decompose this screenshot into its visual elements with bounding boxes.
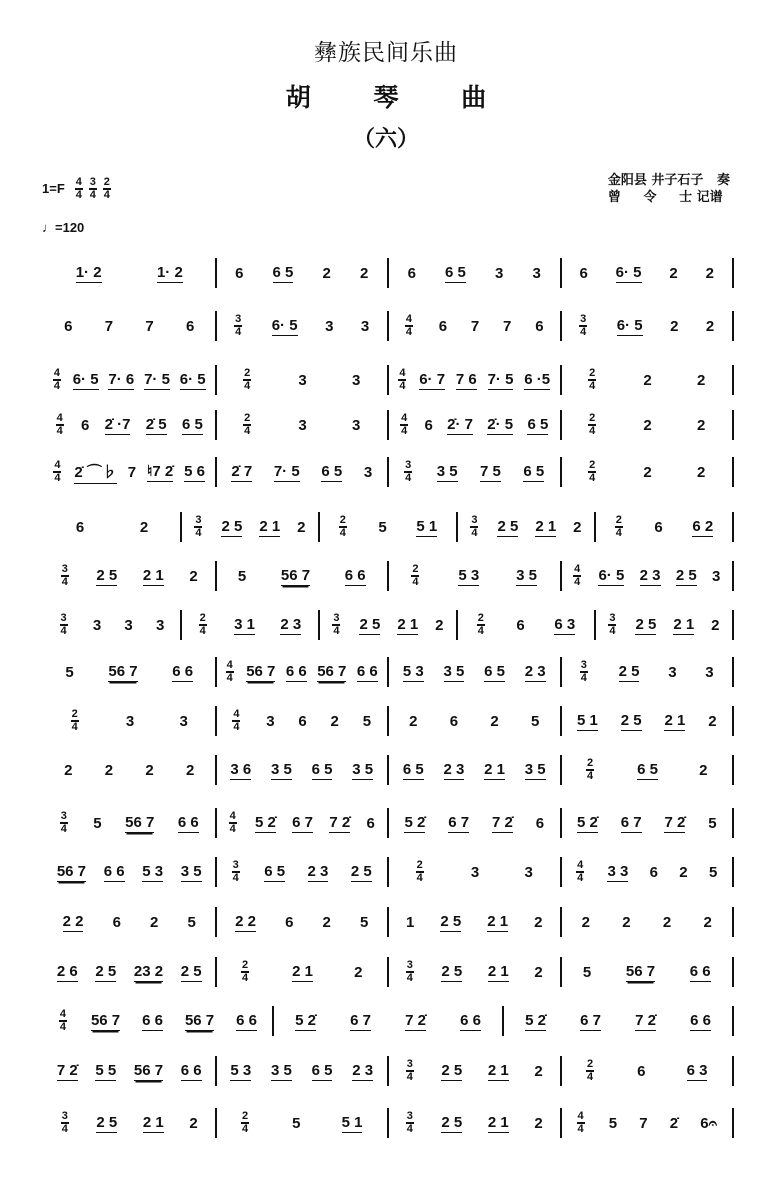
measure: 556 76 6 (217, 561, 388, 591)
note-group: 6 ·5 (524, 371, 550, 390)
note-group: 2 1 (535, 518, 556, 537)
time-signature: 34 (406, 961, 414, 983)
time-signature: 34 (60, 614, 68, 636)
time-signature: 24 (411, 565, 419, 587)
barline (732, 410, 734, 440)
measure: 6776 (44, 311, 215, 341)
measure: 5 12 52 12 (562, 706, 733, 736)
note-group: 2 5 (621, 712, 642, 731)
note-group: 5 2̇ (577, 814, 598, 833)
score-line: 56 76 65 33 5346 52 32 52433443 3625 (44, 857, 734, 887)
note-group: 56 7 (281, 567, 310, 586)
time-signature: 34 (61, 1112, 69, 1134)
note-group: 2 (534, 914, 542, 931)
note-group: 6 (650, 864, 658, 881)
note-group: 3 3 (607, 863, 628, 882)
time-signature: 24 (477, 614, 485, 636)
note-group: 6 (366, 815, 374, 832)
measure: 245 33 5 (389, 561, 560, 591)
note-group: 6 5 (484, 663, 505, 682)
note-group: 5 (93, 815, 101, 832)
measure: 443 3625 (562, 857, 733, 887)
note-group: 7 2̇ (635, 1012, 656, 1031)
note-group: 7· 5 (488, 371, 514, 390)
note-group: 6 7 (580, 1012, 601, 1031)
note-group: 3 (364, 464, 372, 481)
score-line: 4456 76 656 76 65 2̇6 77 2̇6 65 2̇6 77 2… (44, 1006, 734, 1036)
note-group: 2 5 (359, 616, 380, 635)
note-group: 2 (697, 372, 705, 389)
note-group: 2 (534, 964, 542, 981)
measure: 4462̇ ·72̇ 56 5 (44, 410, 215, 440)
note-group: 3 (471, 864, 479, 881)
note-group: 7· 5 (274, 463, 300, 482)
note-group: 2 3 (444, 761, 465, 780)
measure: 445 2̇6 77 2̇6 (217, 808, 388, 838)
measure: 2422 (562, 457, 733, 487)
note-group: 2 (643, 464, 651, 481)
note-group: 5 (360, 914, 368, 931)
note-group: 6 6 (286, 663, 307, 682)
transcriber-credit: 曾 令 士 记谱 (608, 189, 730, 206)
note-group: 2 (711, 617, 719, 634)
measure: 342 52 12 (44, 561, 215, 591)
note-group: 2̇ ⌒♭ (74, 461, 117, 484)
time-signature: 34 (232, 861, 240, 883)
score-line: 1· 21· 266 52266 53366· 522 (44, 258, 734, 288)
measure: 342 52 12 (182, 512, 318, 542)
note-group: 2 5 (440, 913, 461, 932)
time-signature: 24 (241, 1112, 249, 1134)
note-group: 5 (709, 864, 717, 881)
note-group: 6 (579, 265, 587, 282)
note-group: 2 (145, 762, 153, 779)
barline (732, 457, 734, 487)
note-group: 7· 6 (108, 371, 134, 390)
measure: 66 522 (217, 258, 388, 288)
measure: 346 52 32 5 (217, 857, 388, 887)
note-group: 2 (622, 914, 630, 931)
score-line: 7 2̇5 556 76 65 33 56 52 3342 52 122466 … (44, 1056, 734, 1086)
time-signature: 34 (234, 315, 242, 337)
time-signature: 44 (577, 1112, 585, 1134)
measure: 4456 76 656 76 6 (44, 1006, 272, 1036)
note-group: 7 (503, 318, 511, 335)
note-group: 2 (534, 1063, 542, 1080)
note-group: 6 (235, 265, 243, 282)
note-group: 6 (64, 318, 72, 335)
note-group: 3 5 (516, 567, 537, 586)
note-group: 3 (533, 265, 541, 282)
note-group: 7 (128, 464, 136, 481)
note-group: 3 5 (444, 663, 465, 682)
time-signature: 44 (53, 369, 61, 391)
note-group: 2 1 (259, 518, 280, 537)
note-group: 5 (238, 568, 246, 585)
note-group: 1· 2 (157, 264, 183, 283)
note-group: 6 6 (181, 1062, 202, 1081)
credits: 金阳县 井子石子 奏曾 令 士 记谱 (608, 172, 730, 206)
note-group: 6· 7 (419, 371, 445, 390)
note-group: 2 2 (63, 913, 84, 932)
note-group: 7 6 (456, 371, 477, 390)
note-group: 5 2̇ (525, 1012, 546, 1031)
note-group: 6 (76, 519, 84, 536)
note-group: 6 (424, 417, 432, 434)
note-group: 6 6 (172, 663, 193, 682)
note-group: 2 (409, 713, 417, 730)
title-char: 胡 (286, 78, 311, 114)
note-group: 2 2 (235, 913, 256, 932)
note-group: 6 (654, 519, 662, 536)
note-group: 2 1 (664, 712, 685, 731)
measure: 342 52 12 (44, 1108, 215, 1138)
score-line: 446· 57· 67· 56· 52433446· 77 67· 56 ·52… (44, 365, 734, 395)
barline (732, 755, 734, 785)
time-signature: 44 (573, 565, 581, 587)
time-signature: 44 (398, 369, 406, 391)
time-signature: 44 (226, 661, 234, 683)
note-group: 2 1 (488, 1114, 509, 1133)
time-signature: 34 (406, 1112, 414, 1134)
time-signature: 44 (400, 414, 408, 436)
time-signature: 44 (53, 461, 61, 483)
time-signature: 24 (586, 759, 594, 781)
note-group: 5 6 (184, 463, 205, 482)
piece-title: 胡 琴 曲 (0, 78, 772, 114)
note-group: 7 (145, 318, 153, 335)
note-group: 2 (643, 372, 651, 389)
note-group: 2 3 (352, 1062, 373, 1081)
note-group: 6· 5 (616, 264, 642, 283)
note-group: 6 2 (692, 518, 713, 537)
measure: 442̇ ⌒♭7♮7 2̇5 6 (44, 457, 215, 487)
note-group: 6 (81, 417, 89, 434)
score-line: 243344362526255 12 52 12 (44, 706, 734, 736)
note-group: 56 7 (626, 963, 655, 982)
note-group: 6 (186, 318, 194, 335)
performer-credit: 金阳县 井子石子 奏 (608, 172, 730, 189)
note-group: 3 6 (230, 761, 251, 780)
note-group: 2 1 (484, 761, 505, 780)
note-group: 6𝄐 (700, 1115, 717, 1132)
time-signature: 44 (75, 178, 83, 200)
note-group: 7 2̇ (405, 1012, 426, 1031)
note-group: 23 2 (134, 963, 163, 982)
note-group: 6 5 (637, 761, 658, 780)
note-group: 2 3 (525, 663, 546, 682)
note-group: 2 1 (397, 616, 418, 635)
note-group: 3 (495, 265, 503, 282)
time-signature: 24 (588, 369, 596, 391)
note-group: 2̇ 5 (146, 416, 167, 435)
note-group: 2 5 (635, 616, 656, 635)
note-group: 2 (186, 762, 194, 779)
note-group: 2 5 (96, 1114, 117, 1133)
note-group: 6 5 (264, 863, 285, 882)
note-group: 56 7 (246, 663, 275, 682)
barline (732, 907, 734, 937)
score-line: 2 26252 262512 52 122222 (44, 907, 734, 937)
note-group: 2 5 (441, 1062, 462, 1081)
note-group: 2 1 (487, 913, 508, 932)
note-group: 6 7 (292, 814, 313, 833)
time-signature: 24 (615, 516, 623, 538)
note-group: 3 (668, 664, 676, 681)
note-group: 6 5 (403, 761, 424, 780)
time-signature: 34 (579, 315, 587, 337)
note-group: 2 (323, 265, 331, 282)
time-signature: 44 (405, 315, 413, 337)
note-group: 5 2̇ (404, 814, 425, 833)
note-group: 2 5 (95, 963, 116, 982)
note-group: 6 (439, 318, 447, 335)
note-group: 5 2̇ (295, 1012, 316, 1031)
note-group: 2 (140, 519, 148, 536)
key-signature: 1=F (42, 181, 65, 196)
note-group: 3 1 (234, 616, 255, 635)
barline (732, 1056, 734, 1086)
time-signature: 34 (404, 461, 412, 483)
score-line: 342 52 12556 76 6245 33 5446· 52 32 53 (44, 561, 734, 591)
barline (732, 365, 734, 395)
note-group: 7 5 (480, 463, 501, 482)
time-signature: 44 (56, 414, 64, 436)
measure: 446· 77 67· 56 ·5 (389, 365, 560, 395)
note-group: 7 2̇ (492, 814, 513, 833)
note-group: 5 3 (458, 567, 479, 586)
score-line: 342 52 122455 1342 52 1244572̇6𝄐 (44, 1108, 734, 1138)
measure: 246 52 (562, 755, 733, 785)
note-group: 5 (609, 1115, 617, 1132)
note-group: 6 7 (350, 1012, 371, 1031)
note-group: 6 (285, 914, 293, 931)
measure: 342 52 12 (320, 610, 456, 640)
measure: 342 52 12 (389, 1108, 560, 1138)
time-signature: 24 (71, 710, 79, 732)
note-group: 3 (126, 713, 134, 730)
note-group: 6 (298, 713, 306, 730)
note-group: 6 6 (345, 567, 366, 586)
note-group: 2̇· 7 (447, 416, 473, 435)
note-group: 6 (408, 265, 416, 282)
note-group: 2 3 (308, 863, 329, 882)
measure: 6 52 32 13 5 (389, 755, 560, 785)
note-group: 2̇ (670, 1115, 678, 1132)
measure: 44572̇6𝄐 (562, 1108, 733, 1138)
measure: 243 12 3 (182, 610, 318, 640)
note-group: 3 (156, 617, 164, 634)
measure: 5 33 56 52 3 (389, 657, 560, 687)
measure: 2433 (217, 410, 388, 440)
note-group: 56 7 (91, 1012, 120, 1031)
measure: 242 12 (217, 957, 388, 987)
barline (732, 311, 734, 341)
note-group: 7 (639, 1115, 647, 1132)
barline (732, 957, 734, 987)
note-group: 2 (697, 464, 705, 481)
note-group: 2 (706, 265, 714, 282)
score-line: 6776346· 533446776346· 522 (44, 311, 734, 341)
note-group: 2 (643, 417, 651, 434)
note-group: 6· 5 (272, 317, 298, 336)
score-line: 34556 76 6445 2̇6 77 2̇65 2̇6 77 2̇65 2̇… (44, 808, 734, 838)
measure: 66 533 (389, 258, 560, 288)
note-group: 5 1 (342, 1114, 363, 1133)
note-group: 6 5 (273, 264, 294, 283)
note-group: 5 3 (230, 1062, 251, 1081)
score-line: 34333243 12 3342 52 122466 3342 52 12 (44, 610, 734, 640)
note-group: 5 1 (416, 518, 437, 537)
note-group: 2 (189, 1115, 197, 1132)
note-group: 7 2̇ (57, 1062, 78, 1081)
measure: 5 2̇6 77 2̇5 (562, 808, 733, 838)
measure: 62 (44, 512, 180, 542)
measure: 342 52 12 (389, 1056, 560, 1086)
note-group: 6 (637, 1063, 645, 1080)
time-signature: 34 (61, 565, 69, 587)
note-group: 6 6 (690, 963, 711, 982)
note-group: 5 (378, 519, 386, 536)
barline (732, 808, 734, 838)
note-group: 2 1 (143, 567, 164, 586)
note-group: 2̇· 5 (487, 416, 513, 435)
barline (732, 512, 734, 542)
measure: 2455 1 (320, 512, 456, 542)
time-signature: 34 (60, 812, 68, 834)
note-group: 2 5 (441, 963, 462, 982)
measure: 446· 52 32 53 (562, 561, 733, 591)
piece-number: （六） (0, 122, 772, 153)
time-signature: 34 (470, 516, 478, 538)
measure: 12 52 12 (389, 907, 560, 937)
note-group: 2̇ 7 (231, 463, 252, 482)
measure: 2 2625 (44, 907, 215, 937)
note-group: 2 1 (488, 1062, 509, 1081)
note-group: 2 (323, 914, 331, 931)
measure: 446776 (389, 311, 560, 341)
note-group: 5 (188, 914, 196, 931)
note-group: 2 (297, 519, 305, 536)
note-group: 2 1 (673, 616, 694, 635)
note-group: 5 (583, 964, 591, 981)
note-group: 3 (352, 372, 360, 389)
note-group: 2 (697, 417, 705, 434)
note-group: 6 5 (445, 264, 466, 283)
note-group: 2 (679, 864, 687, 881)
note-group: 2 (699, 762, 707, 779)
measure: 2625 (389, 706, 560, 736)
note-group: 5 (65, 664, 73, 681)
measure: 2433 (44, 706, 215, 736)
note-group: 5 (708, 815, 716, 832)
time-signature: 34 (89, 178, 97, 200)
score-line: 556 76 64456 76 656 76 65 33 56 52 3342 … (44, 657, 734, 687)
note-group: 2 6 (57, 963, 78, 982)
barline (732, 561, 734, 591)
measure: 2222 (44, 755, 215, 785)
note-group: 2 (704, 914, 712, 931)
note-group: 2 (354, 964, 362, 981)
measure: 342 533 (562, 657, 733, 687)
time-signature: 44 (59, 1010, 67, 1032)
note-group: 5 2̇ (255, 814, 276, 833)
note-group: 3 (525, 864, 533, 881)
measure: 556 76 6 (44, 657, 215, 687)
note-group: 2 3 (280, 616, 301, 635)
note-group: 2 (708, 713, 716, 730)
note-group: 5 (531, 713, 539, 730)
note-group: 6 (516, 617, 524, 634)
note-group: 6 5 (312, 1062, 333, 1081)
note-group: 3 (325, 318, 333, 335)
measure: 2222 (562, 907, 733, 937)
time-signature: 34 (332, 614, 340, 636)
note-group: 6 6 (104, 863, 125, 882)
note-group: 2 1 (292, 963, 313, 982)
note-group: 6· 5 (180, 371, 206, 390)
note-group: 1 (406, 914, 414, 931)
note-group: 2 5 (441, 1114, 462, 1133)
measure: 2̇ 77· 56 53 (217, 457, 388, 487)
score-line: 442̇ ⌒♭7♮7 2̇5 62̇ 77· 56 53343 57 56 52… (44, 457, 734, 487)
note-group: 56 7 (125, 814, 154, 833)
note-group: 2 5 (619, 663, 640, 682)
note-group: ♮7 2̇ (147, 462, 173, 482)
time-signature: 34 (406, 1060, 414, 1082)
measure: 2466 2 (596, 512, 732, 542)
time-signature: 24 (339, 516, 347, 538)
note-group: 2 5 (221, 518, 242, 537)
note-group: 2 (331, 713, 339, 730)
measure: 5 33 56 52 3 (217, 1056, 388, 1086)
measure: 2422 (562, 365, 733, 395)
measure: 4456 76 656 76 6 (217, 657, 388, 687)
note-group: 56 7 (108, 663, 137, 682)
measure: 556 76 6 (562, 957, 733, 987)
note-group: 6· 5 (598, 567, 624, 586)
note-group: 2 (582, 914, 590, 931)
note-group: 5 3 (142, 863, 163, 882)
note-group: 7 2̇ (329, 814, 350, 833)
measure: 2466 3 (458, 610, 594, 640)
time-signature: 24 (588, 461, 596, 483)
note-group: 3 (361, 318, 369, 335)
note-group: 6 5 (182, 416, 203, 435)
barline (732, 610, 734, 640)
note-group: 3 5 (352, 761, 373, 780)
note-group: 6 3 (554, 616, 575, 635)
time-signature: 44 (232, 710, 240, 732)
measure: 2422 (562, 410, 733, 440)
measure: 2433 (217, 365, 388, 395)
measure: 3 63 56 53 5 (217, 755, 388, 785)
time-signature: 24 (103, 178, 111, 200)
note-group: 2 (490, 713, 498, 730)
note-group: 6 5 (321, 463, 342, 482)
measure: 446· 57· 67· 56· 5 (44, 365, 215, 395)
note-group: 6 (450, 713, 458, 730)
note-group: 6 6 (236, 1012, 257, 1031)
time-signature: 44 (229, 812, 237, 834)
score-line: 62342 52 122455 1342 52 122466 2 (44, 512, 734, 542)
measure: 34333 (44, 610, 180, 640)
measure: 66· 522 (562, 258, 733, 288)
measure: 343 57 56 5 (389, 457, 560, 487)
barline (732, 657, 734, 687)
note-group: 2 5 (676, 567, 697, 586)
note-group: 2 (534, 1115, 542, 1132)
